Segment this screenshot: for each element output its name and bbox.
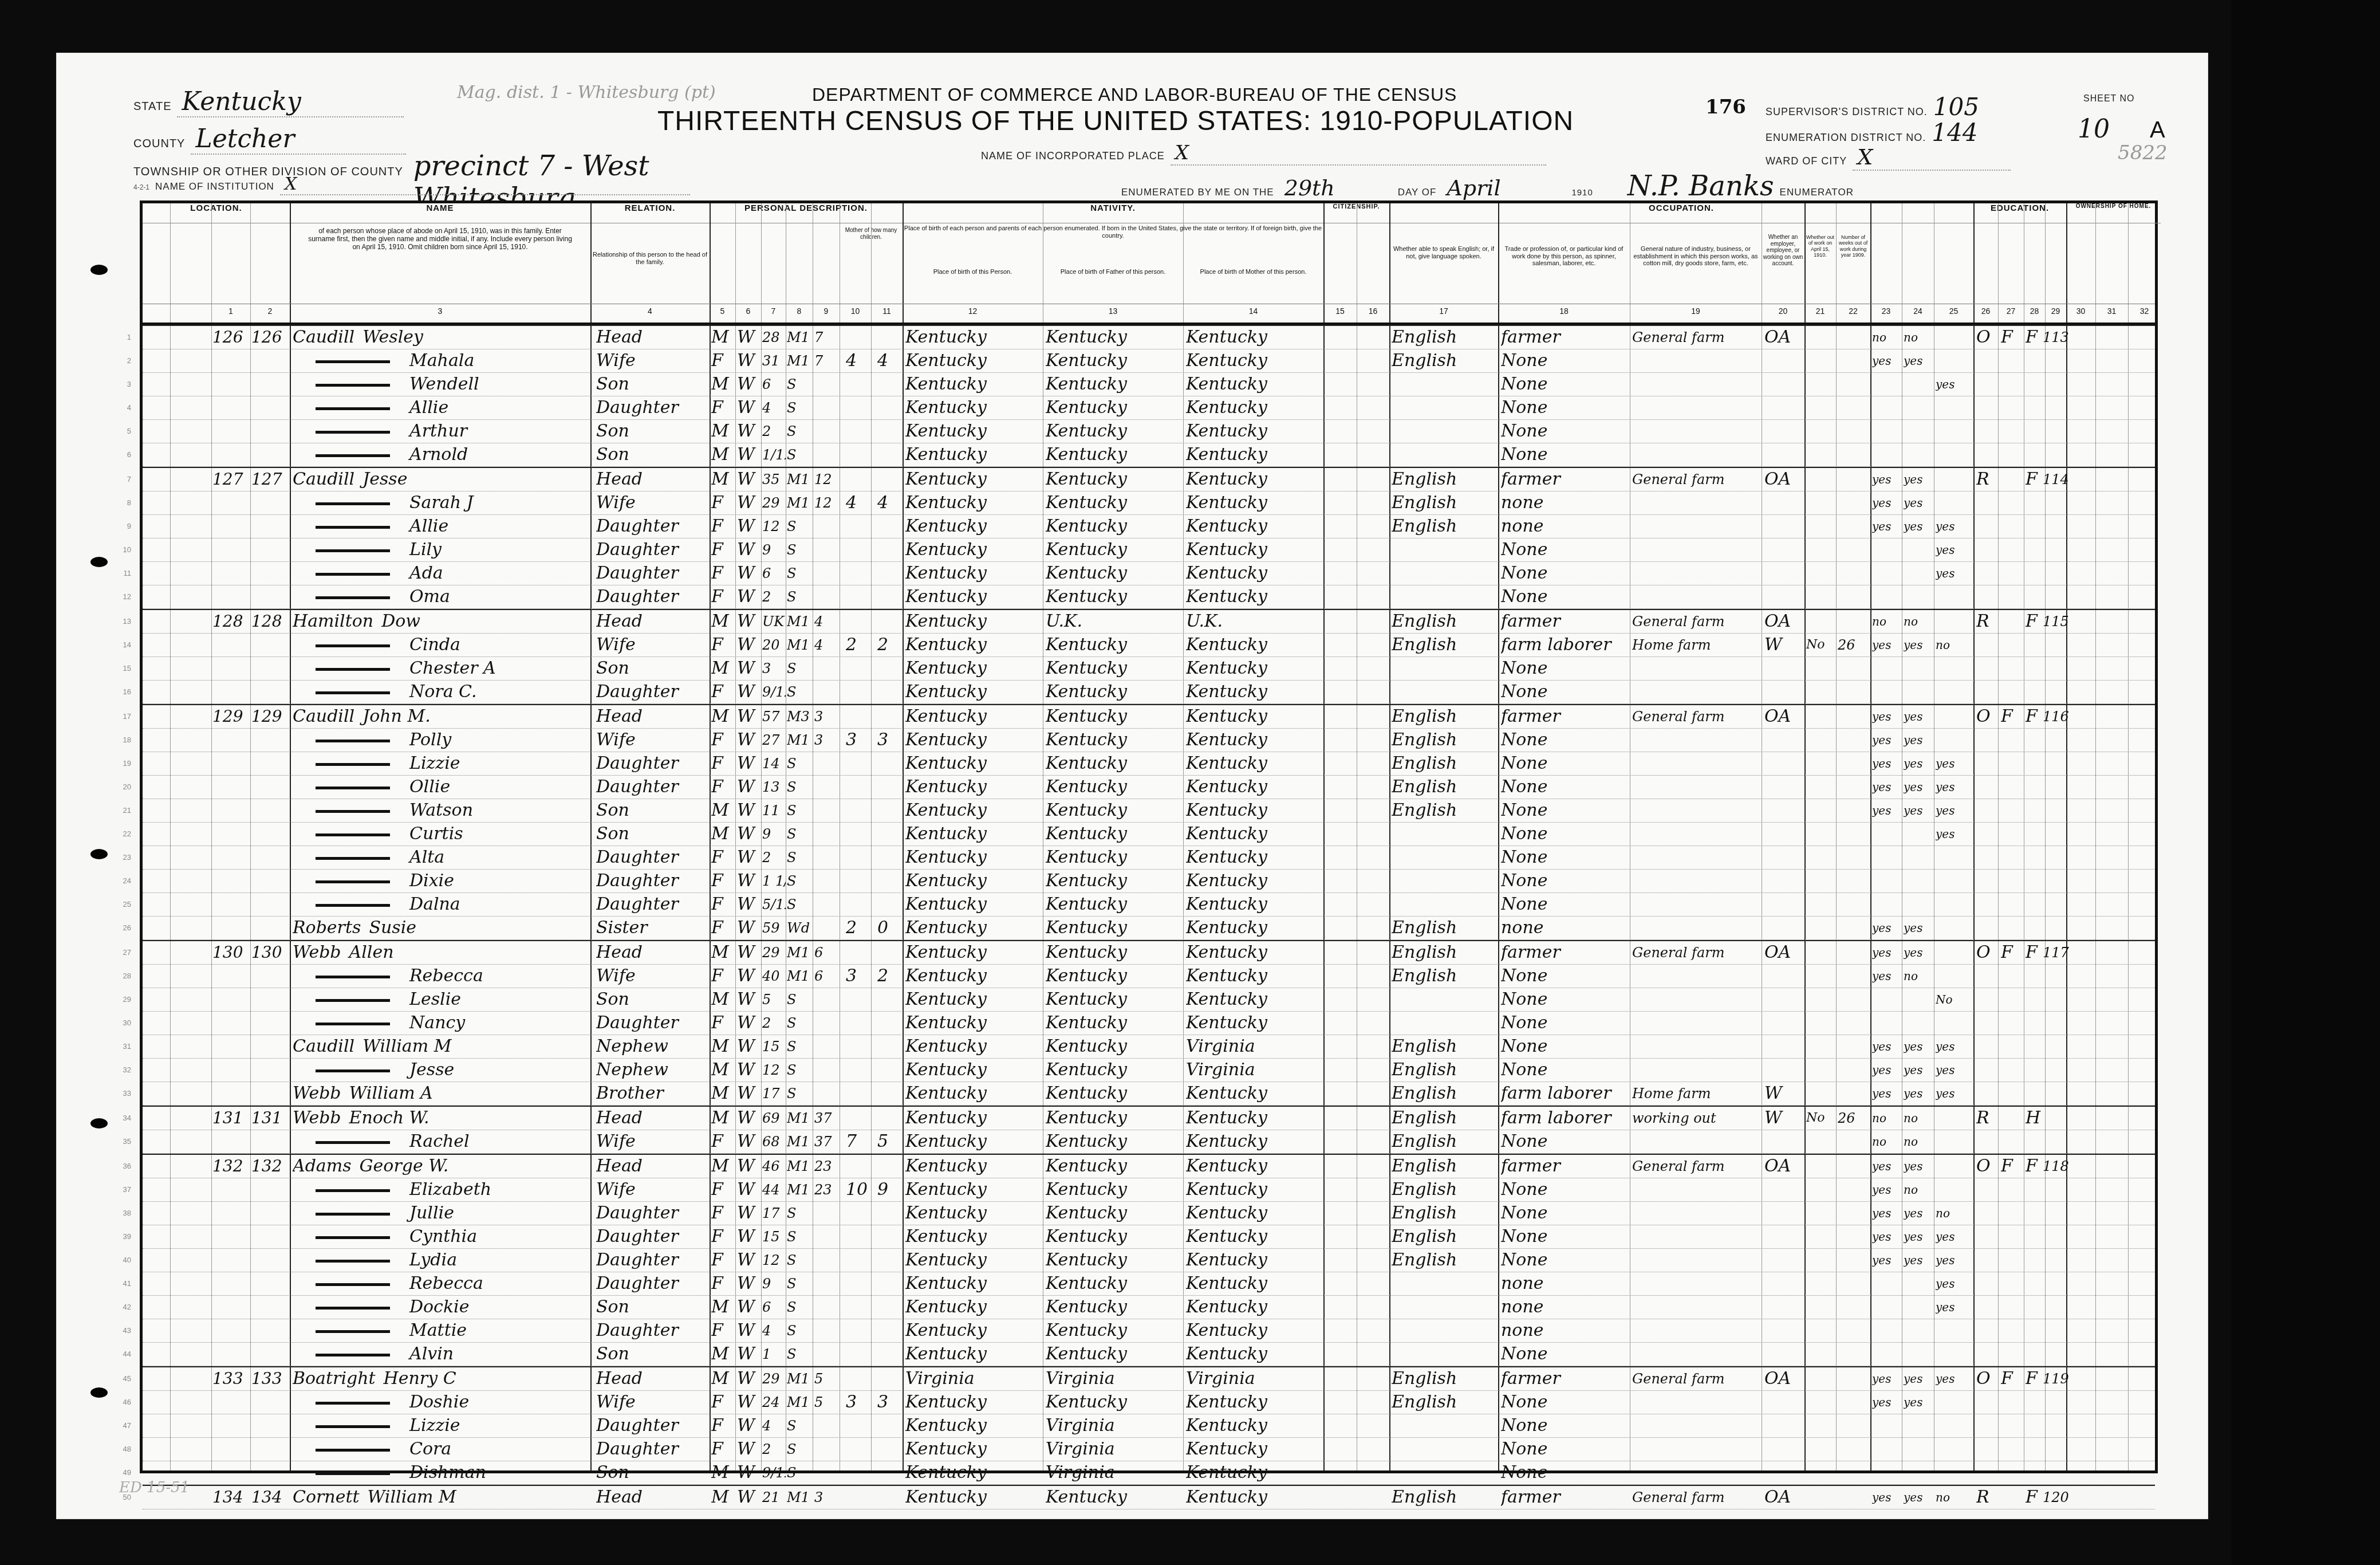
industry	[1632, 658, 1762, 679]
age: UK	[762, 611, 786, 632]
table-row: 18 Polly Wife F W 27 M1 3 3 3 Kentucky K…	[143, 729, 2155, 752]
attended-school	[1936, 469, 1973, 490]
age: 44	[762, 1179, 786, 1200]
father-birthplace: Kentucky	[1046, 1344, 1183, 1365]
age: 9/12	[762, 1462, 786, 1483]
relation: Daughter	[596, 1226, 708, 1247]
ditto-dash	[316, 1189, 390, 1192]
dwelling-number	[212, 1226, 249, 1247]
line-number: 26	[116, 923, 131, 932]
race: W	[737, 351, 761, 371]
race: W	[737, 706, 761, 727]
table-row: 43 Mattie Daughter F W 4 S Kentucky Kent…	[143, 1319, 2155, 1343]
farm-or-house	[2026, 1131, 2045, 1152]
weeks-out	[1838, 1487, 1870, 1508]
years-married: 12	[814, 493, 840, 513]
trade: None	[1501, 1344, 1630, 1365]
employment-class: OA	[1764, 1156, 1804, 1177]
table-row: 23 Alta Daughter F W 2 S Kentucky Kentuc…	[143, 846, 2155, 870]
marital-status: S	[787, 1462, 813, 1483]
children-born	[846, 374, 871, 395]
marital-status: M1	[787, 351, 813, 371]
free-or-mortgaged	[2001, 421, 2024, 442]
age: 2	[762, 421, 786, 442]
line-number: 8	[116, 498, 131, 507]
farm-schedule	[2043, 587, 2077, 607]
ditto-dash	[316, 502, 390, 505]
ditto-dash	[316, 904, 390, 907]
dwelling-number	[212, 966, 249, 986]
industry: General farm	[1632, 1369, 1762, 1389]
industry: General farm	[1632, 327, 1762, 348]
trade: farm laborer	[1501, 1083, 1630, 1104]
out-of-work	[1806, 1273, 1836, 1294]
birthplace: Kentucky	[905, 1060, 1043, 1080]
years-married	[814, 753, 840, 774]
birthplace: Kentucky	[905, 469, 1043, 490]
marital-status: M1	[787, 1131, 813, 1152]
owned-or-rented	[1976, 1203, 1998, 1224]
can-read: no	[1872, 611, 1902, 632]
language: English	[1392, 966, 1498, 986]
employment-class	[1764, 1320, 1804, 1341]
mother-birthplace: Kentucky	[1186, 469, 1323, 490]
table-row: 41 Rebecca Daughter F W 9 S Kentucky Ken…	[143, 1272, 2155, 1296]
can-read	[1872, 1439, 1902, 1460]
line-number: 41	[116, 1279, 131, 1288]
industry	[1632, 1226, 1762, 1247]
farm-schedule	[2043, 871, 2077, 891]
sex: M	[711, 989, 735, 1010]
person-name: WebbWilliam A	[293, 1083, 588, 1104]
language	[1392, 1297, 1498, 1318]
table-row: 5 Arthur Son M W 2 S Kentucky Kentucky K…	[143, 420, 2155, 443]
can-write	[1904, 1415, 1934, 1436]
free-or-mortgaged	[2001, 658, 2024, 679]
language	[1392, 540, 1498, 560]
children-living	[877, 942, 903, 963]
mother-birthplace: Kentucky	[1186, 1462, 1323, 1483]
can-write	[1904, 1297, 1934, 1318]
language	[1392, 1415, 1498, 1436]
free-or-mortgaged: F	[2001, 1156, 2024, 1177]
attended-school	[1936, 1179, 1973, 1200]
can-write: yes	[1904, 1369, 1934, 1389]
family-number	[251, 1415, 289, 1436]
trade: None	[1501, 1250, 1630, 1271]
trade: None	[1501, 966, 1630, 986]
race: W	[737, 730, 761, 750]
birthplace: Kentucky	[905, 351, 1043, 371]
children-living: 9	[877, 1179, 903, 1200]
trade: None	[1501, 1203, 1630, 1224]
years-married	[814, 1439, 840, 1460]
father-birthplace: Kentucky	[1046, 445, 1183, 465]
can-read	[1872, 847, 1902, 868]
farm-schedule	[2043, 658, 2077, 679]
years-married: 3	[814, 706, 840, 727]
relation: Son	[596, 445, 708, 465]
free-or-mortgaged	[2001, 469, 2024, 490]
father-birthplace: Kentucky	[1046, 635, 1183, 655]
children-living	[877, 894, 903, 915]
line-number: 29	[116, 995, 131, 1004]
family-number	[251, 1273, 289, 1294]
mother-birthplace: Kentucky	[1186, 658, 1323, 679]
children-living: 0	[877, 918, 903, 938]
birthplace: Kentucky	[905, 1156, 1043, 1177]
table-row: 19 Lizzie Daughter F W 14 S Kentucky Ken…	[143, 752, 2155, 776]
weeks-out	[1838, 1013, 1870, 1033]
trade: None	[1501, 753, 1630, 774]
mother-birthplace: Kentucky	[1186, 894, 1323, 915]
can-write: no	[1904, 1131, 1934, 1152]
person-name: CaudillWilliam M	[293, 1036, 588, 1057]
children-born	[846, 824, 871, 844]
line-number: 2	[116, 356, 131, 365]
mother-birthplace: Kentucky	[1186, 753, 1323, 774]
race: W	[737, 611, 761, 632]
birthplace: Kentucky	[905, 753, 1043, 774]
weeks-out	[1838, 1060, 1870, 1080]
employment-class: W	[1764, 1083, 1804, 1104]
sex: M	[711, 1344, 735, 1365]
marital-status: M1	[787, 635, 813, 655]
family-number	[251, 1320, 289, 1341]
ditto-dash	[316, 1354, 390, 1356]
person-name: CaudillJohn M.	[293, 706, 588, 727]
industry	[1632, 753, 1762, 774]
enumerator-name: N.P. Banks	[1628, 170, 1774, 202]
children-born	[846, 611, 871, 632]
out-of-work	[1806, 1439, 1836, 1460]
employment-class: OA	[1764, 469, 1804, 490]
free-or-mortgaged: F	[2001, 942, 2024, 963]
industry	[1632, 871, 1762, 891]
table-row: 32 Jesse Nephew M W 12 S Kentucky Kentuc…	[143, 1059, 2155, 1082]
industry	[1632, 516, 1762, 537]
children-born	[846, 469, 871, 490]
age: 15	[762, 1226, 786, 1247]
children-born	[846, 563, 871, 584]
can-read	[1872, 540, 1902, 560]
owned-or-rented	[1976, 493, 1998, 513]
family-number	[251, 1250, 289, 1271]
birthplace: Kentucky	[905, 800, 1043, 821]
farm-or-house	[2026, 1179, 2045, 1200]
table-row: 24 Dixie Daughter F W 1 1/2 S Kentucky K…	[143, 870, 2155, 893]
children-born	[846, 847, 871, 868]
language: English	[1392, 611, 1498, 632]
birthplace: Kentucky	[905, 871, 1043, 891]
sex: F	[711, 730, 735, 750]
industry	[1632, 1013, 1762, 1033]
attended-school: yes	[1936, 563, 1973, 584]
relation: Daughter	[596, 1320, 708, 1341]
out-of-work	[1806, 398, 1836, 418]
table-row: 42 Dockie Son M W 6 S Kentucky Kentucky …	[143, 1296, 2155, 1319]
group-occupation: OCCUPATION.	[1389, 203, 1973, 223]
age: 29	[762, 1369, 786, 1389]
family-number	[251, 587, 289, 607]
free-or-mortgaged	[2001, 800, 2024, 821]
marital-status: S	[787, 1273, 813, 1294]
can-read	[1872, 658, 1902, 679]
attended-school: no	[1936, 635, 1973, 655]
dwelling-number	[212, 753, 249, 774]
trade: None	[1501, 800, 1630, 821]
employment-class	[1764, 1462, 1804, 1483]
sex: M	[711, 327, 735, 348]
farm-schedule	[2043, 1083, 2077, 1104]
employment-class	[1764, 1131, 1804, 1152]
age: 40	[762, 966, 786, 986]
farm-or-house: F	[2026, 327, 2045, 348]
years-married	[814, 563, 840, 584]
years-married	[814, 1013, 840, 1033]
class-header: Whether an employer, employee, or workin…	[1762, 223, 1804, 304]
can-read: yes	[1872, 1179, 1902, 1200]
free-or-mortgaged	[2001, 1250, 2024, 1271]
language	[1392, 1439, 1498, 1460]
dwelling-number	[212, 824, 249, 844]
race: W	[737, 398, 761, 418]
father-birthplace: U.K.	[1046, 611, 1183, 632]
marital-status: S	[787, 374, 813, 395]
industry	[1632, 351, 1762, 371]
sex: M	[711, 1108, 735, 1128]
children-born	[846, 516, 871, 537]
language: English	[1392, 493, 1498, 513]
line-number: 34	[116, 1114, 131, 1122]
race: W	[737, 1108, 761, 1128]
age: 15	[762, 1036, 786, 1057]
line-number: 21	[116, 806, 131, 815]
owned-or-rented	[1976, 516, 1998, 537]
can-read: yes	[1872, 942, 1902, 963]
trade: None	[1501, 540, 1630, 560]
race: W	[737, 327, 761, 348]
birthplace: Kentucky	[905, 1013, 1043, 1033]
out-of-work	[1806, 1226, 1836, 1247]
farm-or-house	[2026, 1273, 2045, 1294]
industry: General farm	[1632, 706, 1762, 727]
marital-status: S	[787, 1344, 813, 1365]
free-or-mortgaged	[2001, 1131, 2024, 1152]
race: W	[737, 658, 761, 679]
ditto-dash	[316, 644, 390, 647]
relation: Nephew	[596, 1036, 708, 1057]
industry: General farm	[1632, 469, 1762, 490]
free-or-mortgaged	[2001, 1060, 2024, 1080]
language: English	[1392, 942, 1498, 963]
owned-or-rented	[1976, 1415, 1998, 1436]
children-living	[877, 1439, 903, 1460]
farm-schedule	[2043, 374, 2077, 395]
employment-class	[1764, 1297, 1804, 1318]
ditto-dash	[316, 763, 390, 766]
attended-school	[1936, 918, 1973, 938]
person-name: Oma	[293, 587, 588, 607]
children-living	[877, 682, 903, 702]
free-or-mortgaged	[2001, 540, 2024, 560]
free-or-mortgaged	[2001, 374, 2024, 395]
can-write: yes	[1904, 753, 1934, 774]
can-write	[1904, 1273, 1934, 1294]
children-born: 10	[846, 1179, 871, 1200]
children-living: 4	[877, 351, 903, 371]
employment-class	[1764, 374, 1804, 395]
farm-or-house	[2026, 730, 2045, 750]
relation: Son	[596, 1344, 708, 1365]
farm-schedule: 115	[2043, 611, 2077, 632]
sex: M	[711, 1487, 735, 1508]
marital-status: S	[787, 1203, 813, 1224]
industry	[1632, 847, 1762, 868]
marital-status: M1	[787, 1369, 813, 1389]
mother-birthplace: Kentucky	[1186, 1131, 1323, 1152]
children-living	[877, 1156, 903, 1177]
can-write: yes	[1904, 1203, 1934, 1224]
owned-or-rented: R	[1976, 469, 1998, 490]
children-born	[846, 753, 871, 774]
children-born: 4	[846, 493, 871, 513]
industry	[1632, 1462, 1762, 1483]
weeks-out	[1838, 1415, 1870, 1436]
can-read: yes	[1872, 1487, 1902, 1508]
attended-school	[1936, 421, 1973, 442]
line-number: 7	[116, 475, 131, 483]
industry	[1632, 1250, 1762, 1271]
mother-birthplace: Kentucky	[1186, 327, 1323, 348]
children-born	[846, 1108, 871, 1128]
father-birthplace: Kentucky	[1046, 918, 1183, 938]
farm-schedule	[2043, 1203, 2077, 1224]
years-married: 23	[814, 1179, 840, 1200]
trade: None	[1501, 682, 1630, 702]
owned-or-rented	[1976, 1439, 1998, 1460]
family-number	[251, 777, 289, 797]
can-read: yes	[1872, 635, 1902, 655]
weeks-out	[1838, 351, 1870, 371]
person-name: Allie	[293, 516, 588, 537]
attended-school: yes	[1936, 1226, 1973, 1247]
age: 4	[762, 398, 786, 418]
ditto-dash	[316, 1472, 390, 1475]
marital-status: S	[787, 516, 813, 537]
employment-class	[1764, 563, 1804, 584]
mother-birthplace: Kentucky	[1186, 966, 1323, 986]
free-or-mortgaged	[2001, 966, 2024, 986]
years-married: 7	[814, 351, 840, 371]
sex: M	[711, 706, 735, 727]
weeks-out	[1838, 421, 1870, 442]
mother-birthplace: Kentucky	[1186, 1203, 1323, 1224]
race: W	[737, 1439, 761, 1460]
sheet-number: 10	[2078, 115, 2110, 144]
marital-status: S	[787, 1036, 813, 1057]
employment-class	[1764, 730, 1804, 750]
marital-status: S	[787, 777, 813, 797]
language: English	[1392, 753, 1498, 774]
years-married	[814, 1060, 840, 1080]
sex: F	[711, 847, 735, 868]
mother-birthplace: Kentucky	[1186, 398, 1323, 418]
children-born	[846, 1415, 871, 1436]
line-number: 5	[116, 427, 131, 435]
owned-or-rented	[1976, 1060, 1998, 1080]
out-of-work	[1806, 516, 1836, 537]
person-name: Curtis	[293, 824, 588, 844]
language: English	[1392, 800, 1498, 821]
age: 2	[762, 1439, 786, 1460]
trade: None	[1501, 421, 1630, 442]
census-rows: 1 126 126 CaudillWesley Head M W 28 M1 7…	[143, 325, 2155, 1509]
attended-school	[1936, 1439, 1973, 1460]
sex: F	[711, 1179, 735, 1200]
father-birthplace: Kentucky	[1046, 730, 1183, 750]
line-number: 42	[116, 1303, 131, 1311]
industry	[1632, 398, 1762, 418]
family-number: 133	[251, 1369, 289, 1389]
line-number: 49	[116, 1468, 131, 1477]
can-write: no	[1904, 327, 1934, 348]
children-born	[846, 1203, 871, 1224]
birthplace: Kentucky	[905, 1320, 1043, 1341]
free-or-mortgaged	[2001, 563, 2024, 584]
age: 11	[762, 800, 786, 821]
father-birthplace: Kentucky	[1046, 1156, 1183, 1177]
children-living: 3	[877, 1392, 903, 1413]
years-married	[814, 1462, 840, 1483]
employment-class	[1764, 1179, 1804, 1200]
marital-status: S	[787, 753, 813, 774]
out-of-work	[1806, 563, 1836, 584]
language	[1392, 1013, 1498, 1033]
marital-status: S	[787, 445, 813, 465]
years-married	[814, 682, 840, 702]
father-birthplace: Kentucky	[1046, 516, 1183, 537]
owned-or-rented	[1976, 1036, 1998, 1057]
industry	[1632, 1415, 1762, 1436]
race: W	[737, 445, 761, 465]
farm-or-house	[2026, 1297, 2045, 1318]
language: English	[1392, 1108, 1498, 1128]
birthplace: Kentucky	[905, 1392, 1043, 1413]
can-read	[1872, 374, 1902, 395]
table-row: 14 Cinda Wife F W 20 M1 4 2 2 Kentucky K…	[143, 634, 2155, 657]
owned-or-rented	[1976, 540, 1998, 560]
years-married: 37	[814, 1131, 840, 1152]
father-birthplace: Virginia	[1046, 1415, 1183, 1436]
father-birthplace: Kentucky	[1046, 1083, 1183, 1104]
age: 4	[762, 1415, 786, 1436]
family-number	[251, 1179, 289, 1200]
line-number: 47	[116, 1421, 131, 1430]
race: W	[737, 824, 761, 844]
farm-schedule	[2043, 563, 2077, 584]
owned-or-rented: R	[1976, 1108, 1998, 1128]
can-write: yes	[1904, 1250, 1934, 1271]
industry	[1632, 1036, 1762, 1057]
mother-birthplace: Kentucky	[1186, 563, 1323, 584]
mother-birthplace: Virginia	[1186, 1369, 1323, 1389]
age: 9/12	[762, 682, 786, 702]
race: W	[737, 753, 761, 774]
film-edge	[2231, 0, 2380, 1565]
language	[1392, 658, 1498, 679]
person-name: RobertsSusie	[293, 918, 588, 938]
